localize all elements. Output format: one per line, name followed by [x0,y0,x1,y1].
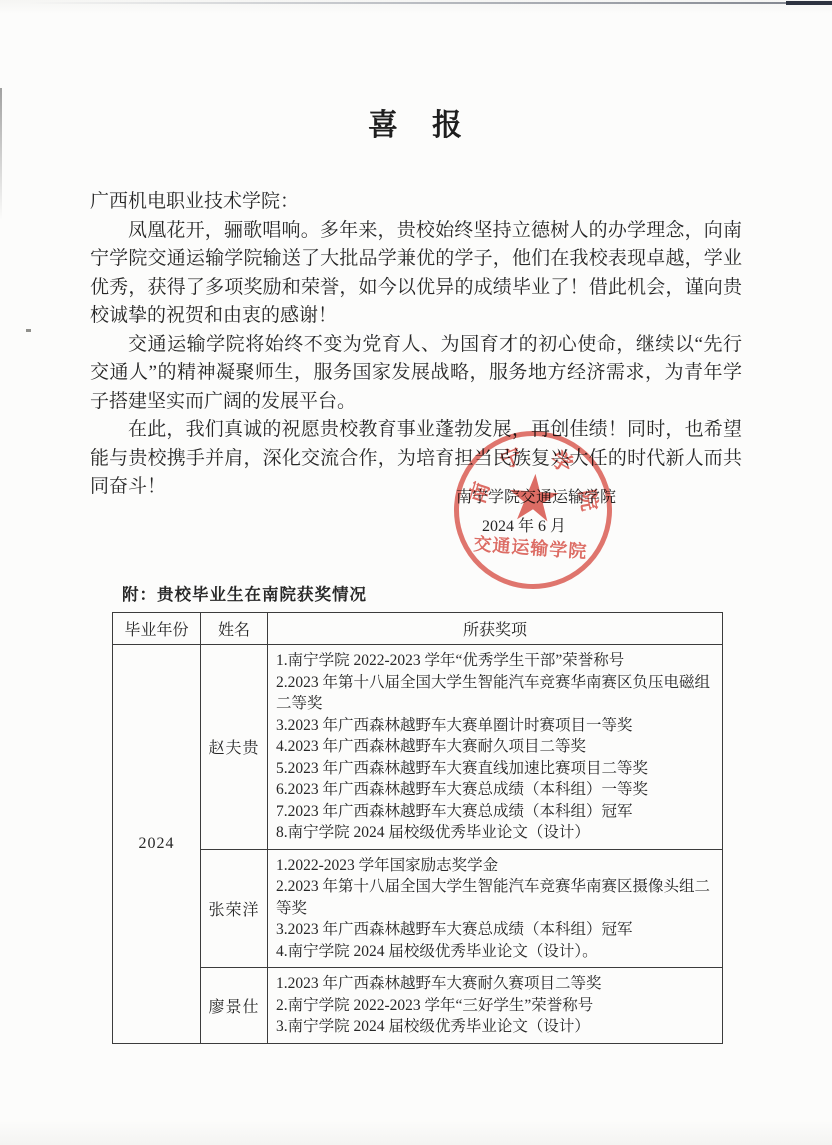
award-line: 2.2023 年第十八届全国大学生智能汽车竞赛华南赛区负压电磁组二等奖 [276,672,714,715]
award-line: 6.2023 年广西森林越野车大赛总成绩（本科组）一等奖 [276,779,714,801]
signature-block: 南宁学院交通运输学院 2024 年 6 月 [456,486,616,539]
student-awards-cell: 1.南宁学院 2022-2023 学年“优秀学生干部”荣誉称号2.2023 年第… [268,645,723,850]
scan-top-right-mark [786,1,832,5]
award-line: 1.南宁学院 2022-2023 学年“优秀学生干部”荣誉称号 [276,650,714,672]
header-awards: 所获奖项 [268,613,723,645]
scan-left-edge-shadow [0,88,2,220]
award-line: 3.2023 年广西森林越野车大赛单圈计时赛项目一等奖 [276,715,714,737]
header-graduation-year: 毕业年份 [113,613,201,645]
paragraph-1: 凤凰花开，骊歌唱响。多年来，贵校始终坚持立德树人的办学理念，向南宁学院交通运输学… [90,217,742,331]
letter-title: 喜 报 [90,100,742,144]
paragraph-2: 交通运输学院将始终不变为党育人、为国育才的初心使命，继续以“先行交通人”的精神凝… [90,331,742,417]
scan-top-edge [28,2,832,4]
award-line: 4.2023 年广西森林越野车大赛耐久项目二等奖 [276,736,714,758]
student-awards-cell: 1.2023 年广西森林越野车大赛耐久赛项目二等奖2.南宁学院 2022-202… [268,968,723,1044]
student-name-cell: 张荣洋 [201,849,268,968]
letter-text: 广西机电职业技术学院： 凤凰花开，骊歌唱响。多年来，贵校始终坚持立德树人的办学理… [90,188,742,502]
graduation-year-cell: 2024 [113,645,201,1044]
award-line: 3.2023 年广西森林越野车大赛总成绩（本科组）冠军 [276,919,714,941]
student-awards-cell: 1.2022-2023 学年国家励志奖学金2.2023 年第十八届全国大学生智能… [268,849,723,968]
award-line: 2.南宁学院 2022-2023 学年“三好学生”荣誉称号 [276,995,714,1017]
header-name: 姓名 [201,613,268,645]
student-name-cell: 赵夫贵 [201,645,268,850]
signature-organization: 南宁学院交通运输学院 [456,486,616,510]
signature-date: 2024 年 6 月 [482,515,616,539]
award-line: 8.南宁学院 2024 届校级优秀毕业论文（设计） [276,822,714,844]
table-row: 张荣洋 1.2022-2023 学年国家励志奖学金2.2023 年第十八届全国大… [113,849,723,968]
award-line: 1.2022-2023 学年国家励志奖学金 [276,855,714,877]
table-row: 廖景仕 1.2023 年广西森林越野车大赛耐久赛项目二等奖2.南宁学院 2022… [113,968,723,1044]
letter-body: 喜 报 广西机电职业技术学院： 凤凰花开，骊歌唱响。多年来，贵校始终坚持立德树人… [90,100,742,502]
table-header-row: 毕业年份 姓名 所获奖项 [113,613,723,645]
award-line: 4.南宁学院 2024 届校级优秀毕业论文（设计）。 [276,941,714,963]
salutation: 广西机电职业技术学院： [90,188,742,217]
table-row: 2024 赵夫贵 1.南宁学院 2022-2023 学年“优秀学生干部”荣誉称号… [113,645,723,850]
award-line: 3.南宁学院 2024 届校级优秀毕业论文（设计） [276,1016,714,1038]
award-line: 5.2023 年广西森林越野车大赛直线加速比赛项目二等奖 [276,758,714,780]
paragraph-3: 在此，我们真诚的祝愿贵校教育事业蓬勃发展，再创佳绩！同时，也希望能与贵校携手并肩… [90,416,742,502]
award-line: 1.2023 年广西森林越野车大赛耐久赛项目二等奖 [276,973,714,995]
award-line: 7.2023 年广西森林越野车大赛总成绩（本科组）冠军 [276,801,714,823]
award-line: 2.2023 年第十八届全国大学生智能汽车竞赛华南赛区摄像头组二等奖 [276,876,714,919]
scanned-letter-page: 喜 报 广西机电职业技术学院： 凤凰花开，骊歌唱响。多年来，贵校始终坚持立德树人… [0,0,832,1145]
scan-speck [26,329,31,332]
attachment-heading: 附：贵校毕业生在南院获奖情况 [122,581,367,605]
awards-table: 毕业年份 姓名 所获奖项 2024 赵夫贵 1.南宁学院 2022-2023 学… [112,612,723,1044]
student-name-cell: 廖景仕 [201,968,268,1044]
